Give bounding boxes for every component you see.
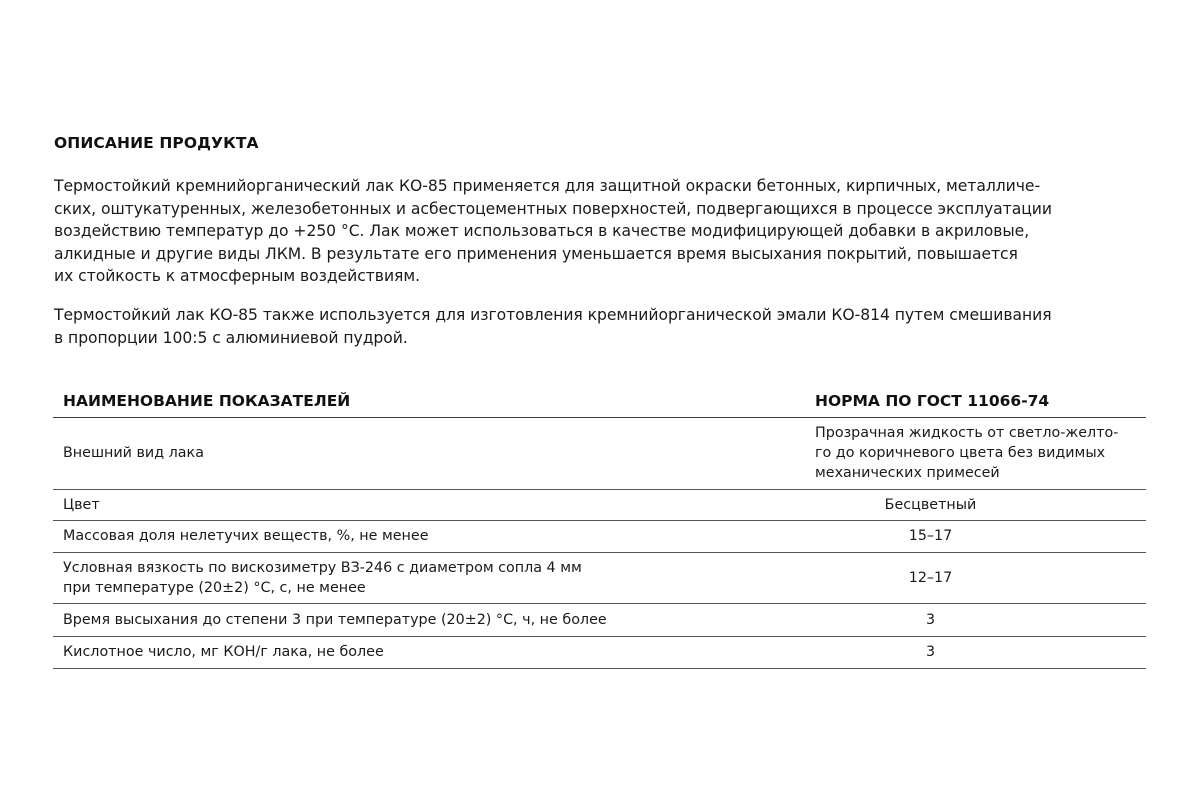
paragraph-line: ских, оштукатуренных, железобетонных и а… (54, 198, 1154, 221)
specifications-table: НАИМЕНОВАНИЕ ПОКАЗАТЕЛЕЙ НОРМА ПО ГОСТ 1… (53, 382, 1146, 669)
norm-value-cell: 15–17 (815, 520, 1146, 552)
product-usage-paragraph: Термостойкий лак КО-85 также используетс… (54, 304, 1154, 349)
paragraph-line: Термостойкий кремнийорганический лак КО-… (54, 175, 1154, 198)
table-row: Цвет Бесцветный (53, 489, 1146, 520)
indicator-name-cell: Массовая доля нелетучих веществ, %, не м… (53, 520, 815, 552)
table-row: Внешний вид лака Прозрачная жидкость от … (53, 417, 1146, 489)
indicator-name-cell: Кислотное число, мг КОН/г лака, не более (53, 636, 815, 668)
indicator-name-cell: Условная вязкость по вискозиметру ВЗ-246… (53, 552, 815, 603)
norm-value-cell: 3 (815, 603, 1146, 636)
norm-value-cell: Прозрачная жидкость от светло-желто- го … (815, 417, 1146, 489)
table-row: Кислотное число, мг КОН/г лака, не более… (53, 636, 1146, 668)
table-row: Условная вязкость по вискозиметру ВЗ-246… (53, 552, 1146, 603)
indicator-name-cell: Цвет (53, 489, 815, 520)
indicator-name-cell: Время высыхания до степени 3 при темпера… (53, 603, 815, 636)
table-row: Время высыхания до степени 3 при темпера… (53, 603, 1146, 636)
norm-value-cell: 12–17 (815, 552, 1146, 603)
product-description-title: ОПИСАНИЕ ПРОДУКТА (54, 134, 259, 152)
table-row: Массовая доля нелетучих веществ, %, не м… (53, 520, 1146, 552)
column-header-gost-norm: НОРМА ПО ГОСТ 11066-74 (815, 382, 1146, 417)
paragraph-line: их стойкость к атмосферным воздействиям. (54, 265, 1154, 288)
norm-value-cell: 3 (815, 636, 1146, 668)
column-header-indicator-name: НАИМЕНОВАНИЕ ПОКАЗАТЕЛЕЙ (53, 382, 815, 417)
norm-value-cell: Бесцветный (815, 489, 1146, 520)
paragraph-line: в пропорции 100:5 с алюминиевой пудрой. (54, 327, 1154, 350)
paragraph-line: алкидные и другие виды ЛКМ. В результате… (54, 243, 1154, 266)
indicator-name-cell: Внешний вид лака (53, 417, 815, 489)
paragraph-line: воздействию температур до +250 °С. Лак м… (54, 220, 1154, 243)
table-header-row: НАИМЕНОВАНИЕ ПОКАЗАТЕЛЕЙ НОРМА ПО ГОСТ 1… (53, 382, 1146, 417)
paragraph-line: Термостойкий лак КО-85 также используетс… (54, 304, 1154, 327)
product-description-paragraph: Термостойкий кремнийорганический лак КО-… (54, 175, 1154, 288)
